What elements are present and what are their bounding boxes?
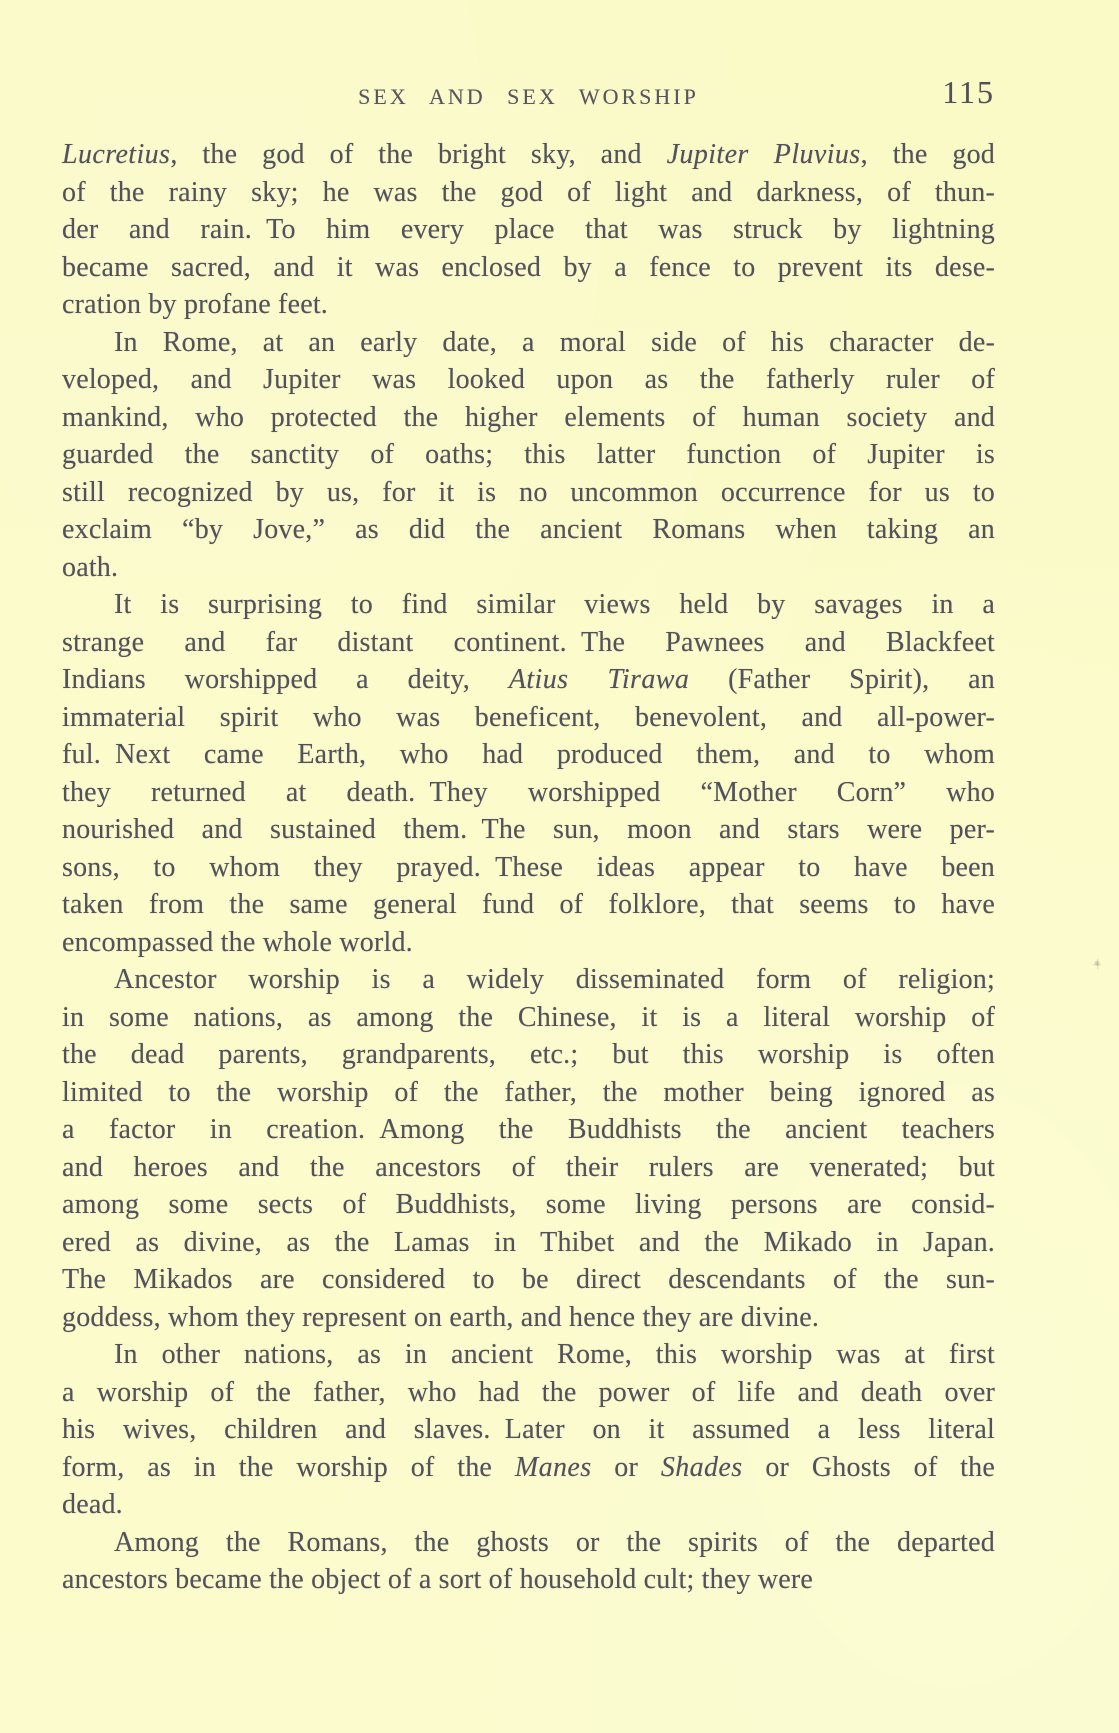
text-line: sons, to whom they prayed. These ideas a… — [62, 849, 995, 887]
text-run: ful. Next came Earth, who had produced t… — [62, 739, 995, 770]
text-run: oath. — [62, 552, 118, 583]
text-line: and heroes and the ancestors of their ru… — [62, 1149, 995, 1187]
italic-text-run: Atius Tirawa — [509, 664, 689, 695]
text-run: cration by profane feet. — [62, 289, 328, 320]
text-line: among some sects of Buddhists, some livi… — [62, 1186, 995, 1224]
text-line: dead. — [62, 1486, 995, 1524]
text-line: strange and far distant continent. The P… — [62, 624, 995, 662]
running-head-title: SEX AND SEX WORSHIP — [62, 84, 995, 110]
text-line: they returned at death. They worshipped … — [62, 774, 995, 812]
italic-text-run: Lucretius — [62, 139, 170, 170]
text-run: the dead parents, grandparents, etc.; bu… — [62, 1039, 995, 1070]
text-run: became sacred, and it was enclosed by a … — [62, 252, 995, 283]
text-line: a factor in creation. Among the Buddhist… — [62, 1111, 995, 1149]
paper-speck — [1091, 957, 1103, 971]
text-line: the dead parents, grandparents, etc.; bu… — [62, 1036, 995, 1074]
text-line: immaterial spirit who was beneficent, be… — [62, 699, 995, 737]
text-run: Indians worshipped a deity, — [62, 664, 509, 695]
text-run: and heroes and the ancestors of their ru… — [62, 1152, 995, 1183]
text-line: limited to the worship of the father, th… — [62, 1074, 995, 1112]
text-run: strange and far distant continent. The P… — [62, 627, 995, 658]
text-line: cration by profane feet. — [62, 286, 995, 324]
text-line: taken from the same general fund of folk… — [62, 886, 995, 924]
text-run: or — [592, 1452, 661, 1483]
text-line: exclaim “by Jove,” as did the ancient Ro… — [62, 511, 995, 549]
text-line: ered as divine, as the Lamas in Thibet a… — [62, 1224, 995, 1262]
text-run: In other nations, as in ancient Rome, th… — [114, 1339, 995, 1370]
text-line: of the rainy sky; he was the god of ligh… — [62, 174, 995, 212]
text-run: encompassed the whole world. — [62, 927, 413, 958]
text-run: among some sects of Buddhists, some livi… — [62, 1189, 995, 1220]
text-line: encompassed the whole world. — [62, 924, 995, 962]
text-run: immaterial spirit who was beneficent, be… — [62, 702, 995, 733]
text-run: limited to the worship of the father, th… — [62, 1077, 995, 1108]
text-line: in some nations, as among the Chinese, i… — [62, 999, 995, 1037]
text-line: The Mikados are considered to be direct … — [62, 1261, 995, 1299]
text-run: a factor in creation. Among the Buddhist… — [62, 1114, 995, 1145]
text-line: In Rome, at an early date, a moral side … — [62, 324, 995, 362]
body-text: Lucretius, the god of the bright sky, an… — [62, 136, 995, 1599]
text-line: Among the Romans, the ghosts or the spir… — [62, 1524, 995, 1562]
text-run: his wives, children and slaves. Later on… — [62, 1414, 995, 1445]
text-run: , the god — [861, 139, 995, 170]
text-run: (Father Spirit), an — [689, 664, 995, 695]
text-line: der and rain. To him every place that wa… — [62, 211, 995, 249]
text-line: It is surprising to find similar views h… — [62, 586, 995, 624]
text-run: mankind, who protected the higher elemen… — [62, 402, 995, 433]
text-run: The Mikados are considered to be direct … — [62, 1264, 995, 1295]
text-line: mankind, who protected the higher elemen… — [62, 399, 995, 437]
text-run: dead. — [62, 1489, 123, 1520]
text-line: his wives, children and slaves. Later on… — [62, 1411, 995, 1449]
text-run: a worship of the father, who had the pow… — [62, 1377, 995, 1408]
text-line: Indians worshipped a deity, Atius Tirawa… — [62, 661, 995, 699]
text-run: veloped, and Jupiter was looked upon as … — [62, 364, 995, 395]
text-run: , the god of the bright sky, and — [170, 139, 666, 170]
text-line: ancestors became the object of a sort of… — [62, 1561, 995, 1599]
text-run: ancestors became the object of a sort of… — [62, 1564, 813, 1595]
text-run: Ancestor worship is a widely disseminate… — [114, 964, 995, 995]
book-page: SEX AND SEX WORSHIP 115 Lucretius, the g… — [0, 0, 1119, 1733]
text-line: In other nations, as in ancient Rome, th… — [62, 1336, 995, 1374]
text-line: veloped, and Jupiter was looked upon as … — [62, 361, 995, 399]
text-line: goddess, whom they represent on earth, a… — [62, 1299, 995, 1337]
text-line: a worship of the father, who had the pow… — [62, 1374, 995, 1412]
italic-text-run: Manes — [515, 1452, 592, 1483]
text-run: exclaim “by Jove,” as did the ancient Ro… — [62, 514, 995, 545]
text-run: nourished and sustained them. The sun, m… — [62, 814, 995, 845]
text-run: or Ghosts of the — [743, 1452, 995, 1483]
text-line: became sacred, and it was enclosed by a … — [62, 249, 995, 287]
text-line: Ancestor worship is a widely disseminate… — [62, 961, 995, 999]
italic-text-run: Shades — [661, 1452, 743, 1483]
text-line: still recognized by us, for it is no unc… — [62, 474, 995, 512]
italic-text-run: Jupiter Pluvius — [667, 139, 861, 170]
text-run: still recognized by us, for it is no unc… — [62, 477, 995, 508]
text-run: In Rome, at an early date, a moral side … — [114, 327, 995, 358]
running-head: SEX AND SEX WORSHIP 115 — [62, 80, 995, 114]
text-run: sons, to whom they prayed. These ideas a… — [62, 852, 995, 883]
text-line: guarded the sanctity of oaths; this latt… — [62, 436, 995, 474]
text-run: of the rainy sky; he was the god of ligh… — [62, 177, 995, 208]
text-run: It is surprising to find similar views h… — [114, 589, 995, 620]
text-run: in some nations, as among the Chinese, i… — [62, 1002, 995, 1033]
text-line: ful. Next came Earth, who had produced t… — [62, 736, 995, 774]
text-run: form, as in the worship of the — [62, 1452, 515, 1483]
text-line: oath. — [62, 549, 995, 587]
text-line: Lucretius, the god of the bright sky, an… — [62, 136, 995, 174]
text-run: they returned at death. They worshipped … — [62, 777, 995, 808]
text-run: Among the Romans, the ghosts or the spir… — [114, 1527, 995, 1558]
page-number: 115 — [942, 74, 995, 111]
text-line: nourished and sustained them. The sun, m… — [62, 811, 995, 849]
text-run: goddess, whom they represent on earth, a… — [62, 1302, 819, 1333]
text-run: taken from the same general fund of folk… — [62, 889, 995, 920]
text-run: guarded the sanctity of oaths; this latt… — [62, 439, 995, 470]
text-run: ered as divine, as the Lamas in Thibet a… — [62, 1227, 995, 1258]
text-run: der and rain. To him every place that wa… — [62, 214, 995, 245]
text-line: form, as in the worship of the Manes or … — [62, 1449, 995, 1487]
